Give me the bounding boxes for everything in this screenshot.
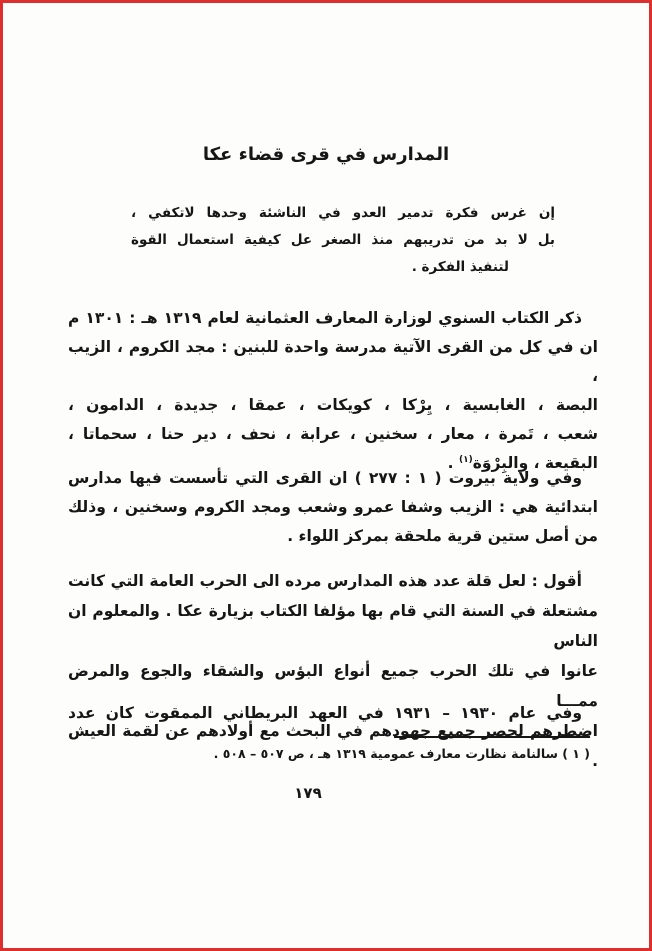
paragraph-ottoman-yearbook: ذكر الكتاب السنوي لوزارة المعارف العثمان… — [68, 304, 598, 478]
quote-line: بل لا بد من تدريبهم منذ الصغر عل كيفية ا… — [131, 227, 555, 254]
text-line: من أصل ستين قرية ملحقة بمركز اللواء . — [68, 522, 598, 551]
text-line: مشتعلة في السنة التي قام بها مؤلفا الكتا… — [68, 596, 598, 656]
paragraph-author-comment: أقول : لعل قلة عدد هذه المدارس مرده الى … — [68, 566, 598, 776]
paragraph-british-mandate: وفي عام ١٩٣٠ – ١٩٣١ في العهد البريطاني ا… — [68, 699, 598, 728]
epigraph-quote: إن غرس فكرة تدمير العدو في الناشئة وحدها… — [131, 200, 555, 281]
page-title: المدارس في قرى قضاء عكا — [0, 144, 652, 165]
text-line: ذكر الكتاب السنوي لوزارة المعارف العثمان… — [68, 304, 598, 333]
footnote-divider — [394, 736, 590, 738]
text-line: شعب ، تَمرة ، معار ، سخنين ، عرابة ، نحف… — [68, 420, 598, 449]
text-line: ان في كل من القرى الآتية مدرسة واحدة للب… — [68, 333, 598, 391]
book-page: المدارس في قرى قضاء عكا إن غرس فكرة تدمي… — [0, 0, 652, 951]
text-line: ابتدائية هي : الزيب وشفا عمرو وشعب ومجد … — [68, 493, 598, 522]
footnote-text: ( ١ ) سالنامة نظارت معارف عمومية ١٣١٩ هـ… — [112, 746, 590, 761]
quote-line: إن غرس فكرة تدمير العدو في الناشئة وحدها… — [131, 200, 555, 227]
quote-line: لتنفيذ الفكرة . — [131, 254, 555, 281]
text-line: البصة ، الغابسية ، يِرْكا ، كويكات ، عمق… — [68, 391, 598, 420]
paragraph-beirut-vilayet: وفي ولاية بيروت ( ١ : ٢٧٧ ) ان القرى الت… — [68, 464, 598, 551]
text-line: أقول : لعل قلة عدد هذه المدارس مرده الى … — [68, 566, 598, 596]
page-number: ١٧٩ — [0, 784, 634, 802]
text-line: وفي ولاية بيروت ( ١ : ٢٧٧ ) ان القرى الت… — [68, 464, 598, 493]
text-line: وفي عام ١٩٣٠ – ١٩٣١ في العهد البريطاني ا… — [68, 699, 598, 728]
